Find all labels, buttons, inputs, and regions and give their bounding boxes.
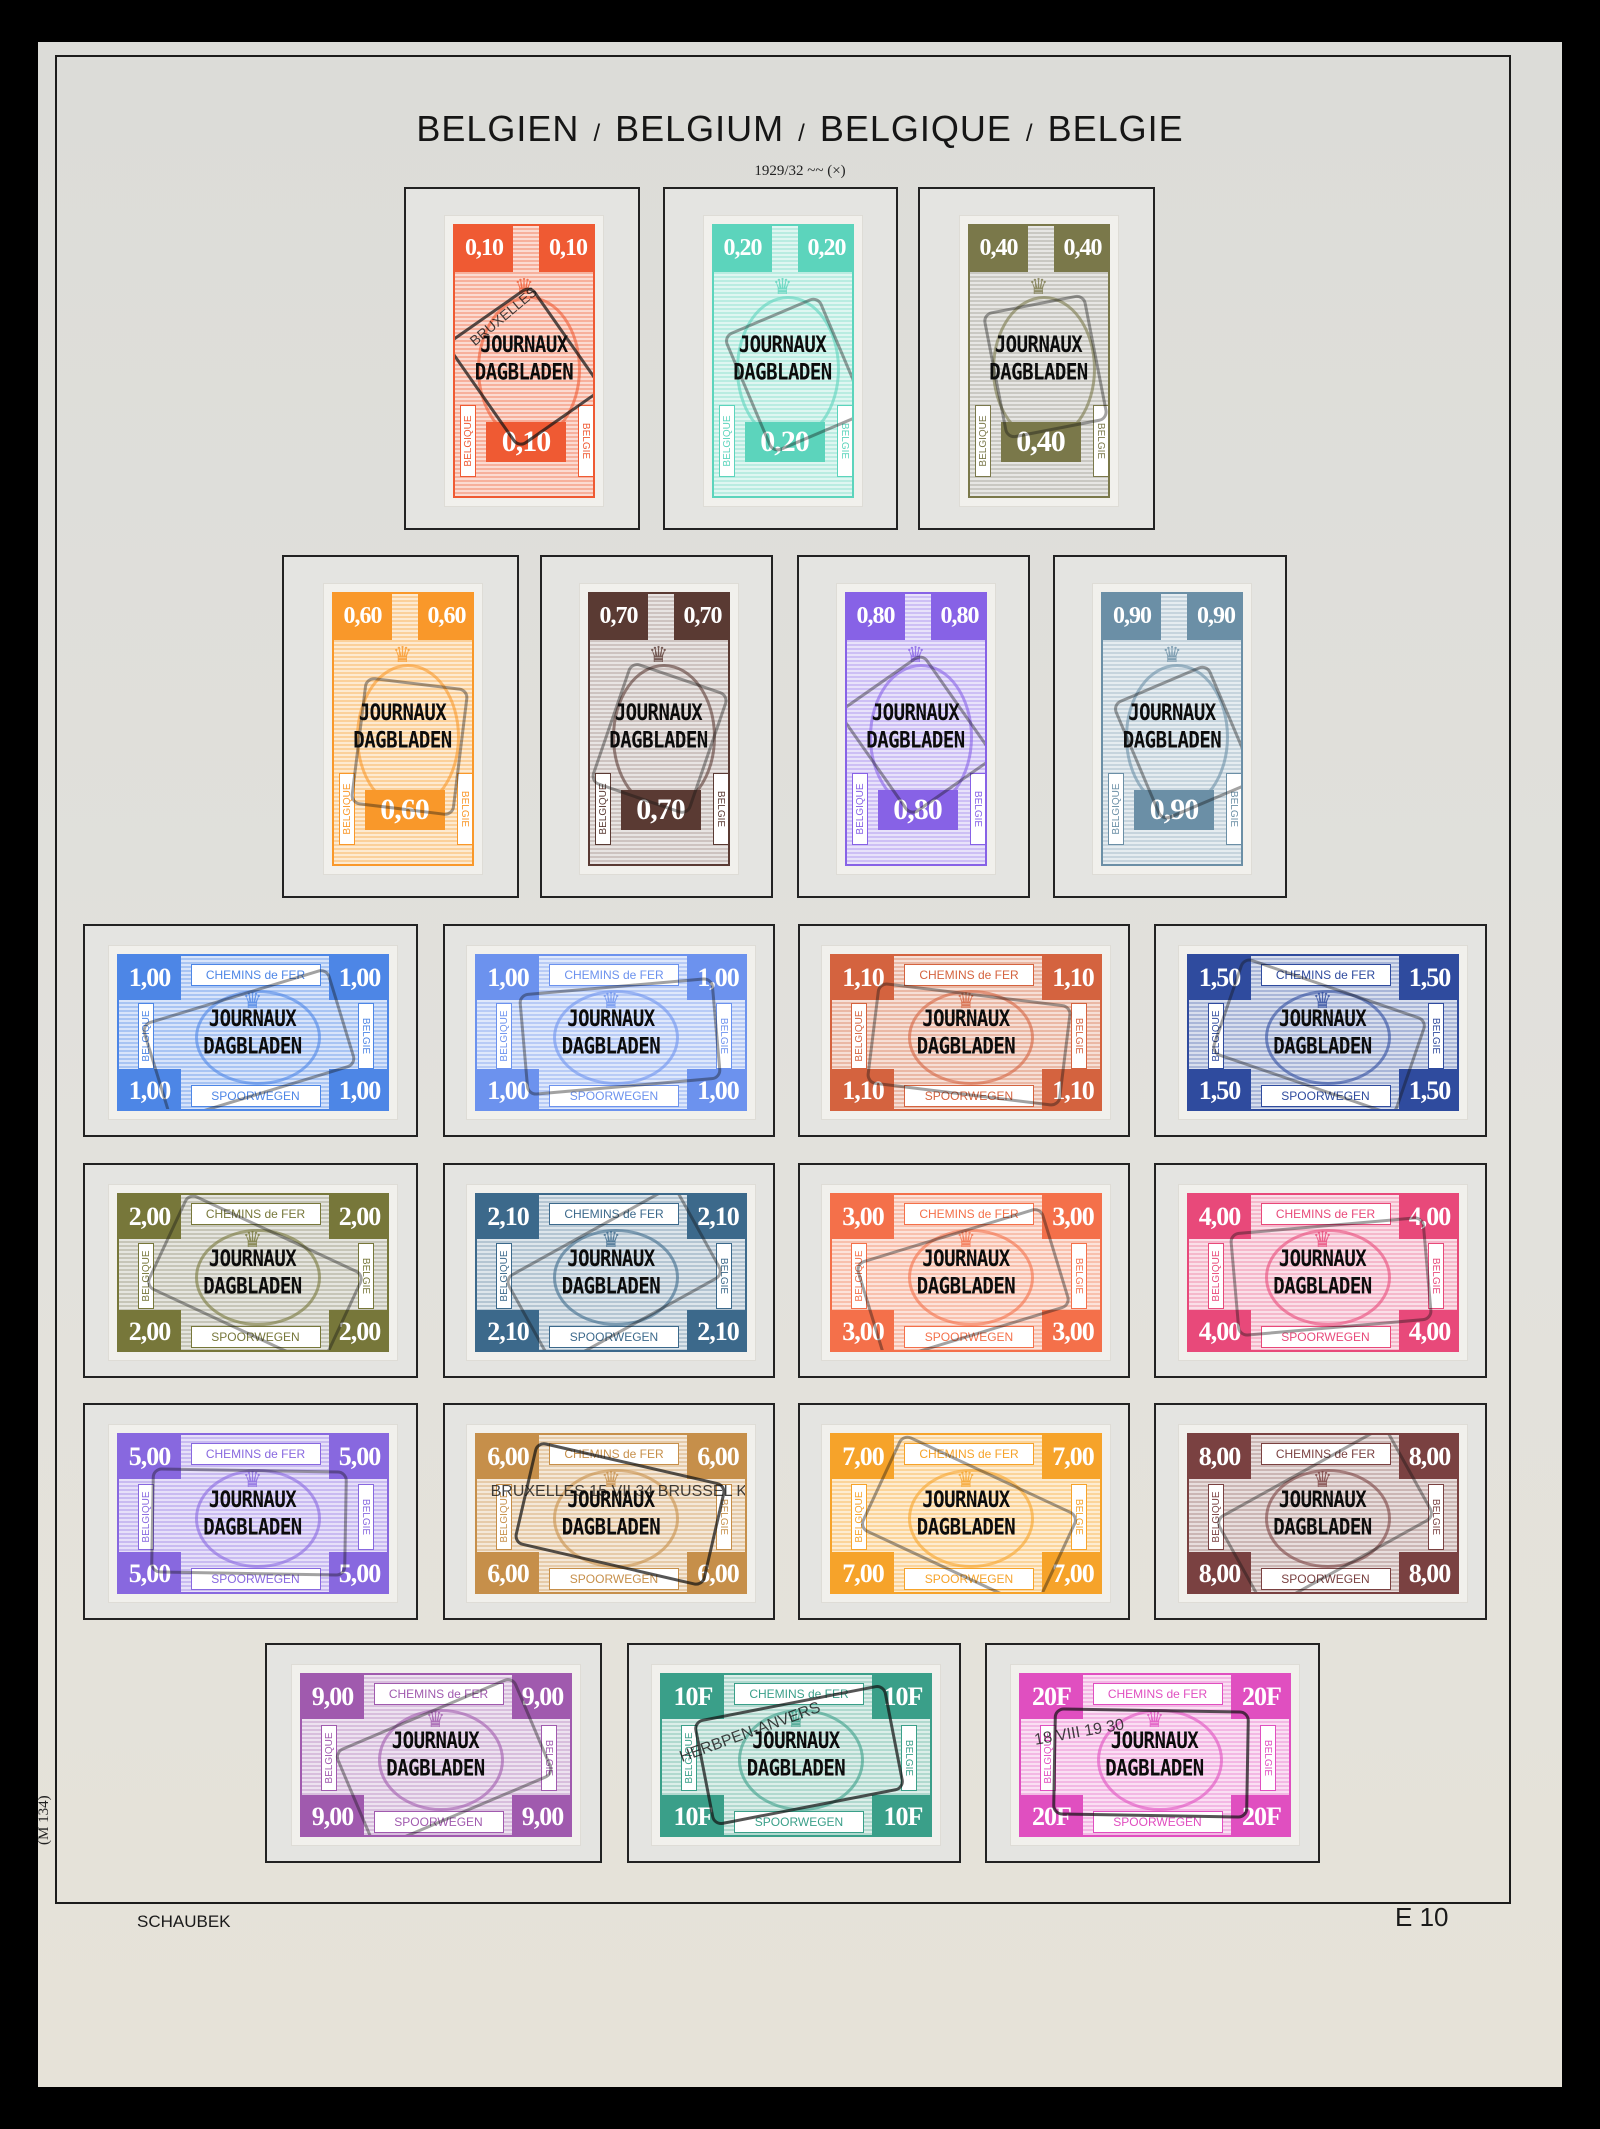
stamp-mount[interactable]: 0,800,80♛0,80BELGIQUEBELGIEJOURNAUXDAGBL… [797, 555, 1030, 898]
stamp-paper: 1,501,501,501,50CHEMINS de FERSPOORWEGEN… [1179, 946, 1467, 1119]
stamp-mount[interactable]: 2,102,102,102,10CHEMINS de FERSPOORWEGEN… [443, 1163, 775, 1378]
right-label-belgie: BELGIE [837, 405, 853, 477]
overprint-text: JOURNAUXDAGBLADEN [590, 699, 728, 754]
railway-stamp[interactable]: 0,200,20♛0,20BELGIQUEBELGIEJOURNAUXDAGBL… [712, 224, 854, 498]
side-note: (M 134) [36, 1795, 53, 1845]
stamp-mount[interactable]: 4,004,004,004,00CHEMINS de FERSPOORWEGEN… [1154, 1163, 1487, 1378]
overprint-text: JOURNAUXDAGBLADEN [455, 331, 593, 386]
page-number: E 10 [1395, 1902, 1449, 1933]
railway-stamp[interactable]: 0,700,70♛0,70BELGIQUEBELGIEJOURNAUXDAGBL… [588, 592, 730, 866]
bottom-banner: SPOORWEGEN [904, 1085, 1034, 1107]
left-label-belgique: BELGIQUE [339, 773, 355, 845]
stamp-mount[interactable]: 10F10F10F10FCHEMINS de FERSPOORWEGENBELG… [627, 1643, 961, 1863]
left-label-belgique: BELGIQUE [975, 405, 991, 477]
stamp-value: 0,60 [334, 594, 392, 640]
page-title: BELGIEN/BELGIUM/BELGIQUE/BELGIE [0, 108, 1600, 150]
railway-stamp[interactable]: 3,003,003,003,00CHEMINS de FERSPOORWEGEN… [830, 1193, 1102, 1352]
top-banner: CHEMINS de FER [1261, 1443, 1391, 1465]
top-banner: CHEMINS de FER [374, 1683, 504, 1705]
bottom-banner: SPOORWEGEN [191, 1568, 321, 1590]
right-label-belgie: BELGIE [578, 405, 594, 477]
overprint-text: JOURNAUXDAGBLADEN [847, 699, 985, 754]
stamp-mount[interactable]: 1,501,501,501,50CHEMINS de FERSPOORWEGEN… [1154, 924, 1487, 1137]
overprint-text: JOURNAUXDAGBLADEN [477, 1486, 745, 1541]
railway-stamp[interactable]: 9,009,009,009,00CHEMINS de FERSPOORWEGEN… [300, 1673, 572, 1837]
stamp-paper: 1,001,001,001,00CHEMINS de FERSPOORWEGEN… [109, 946, 397, 1119]
stamp-mount[interactable]: 6,006,006,006,00CHEMINS de FERSPOORWEGEN… [443, 1403, 775, 1620]
top-banner: CHEMINS de FER [1261, 964, 1391, 986]
top-banner: CHEMINS de FER [1093, 1683, 1223, 1705]
stamp-value: 0,10 [539, 226, 595, 272]
bottom-banner: SPOORWEGEN [1093, 1811, 1223, 1833]
stamp-value: 1,10 [1042, 1069, 1102, 1111]
railway-stamp[interactable]: 0,600,60♛0,60BELGIQUEBELGIEJOURNAUXDAGBL… [332, 592, 474, 866]
railway-stamp[interactable]: 7,007,007,007,00CHEMINS de FERSPOORWEGEN… [830, 1433, 1102, 1594]
overprint-text: JOURNAUXDAGBLADEN [832, 1245, 1100, 1300]
publisher-name: SCHAUBEK [137, 1912, 231, 1932]
bottom-banner: SPOORWEGEN [374, 1811, 504, 1833]
stamp-paper: 5,005,005,005,00CHEMINS de FERSPOORWEGEN… [109, 1425, 397, 1602]
left-label-belgique: BELGIQUE [719, 405, 735, 477]
railway-stamp[interactable]: 1,101,101,101,10CHEMINS de FERSPOORWEGEN… [830, 954, 1102, 1111]
railway-stamp[interactable]: 0,400,40♛0,40BELGIQUEBELGIEJOURNAUXDAGBL… [968, 224, 1110, 498]
stamp-value: 1,50 [1189, 1069, 1251, 1111]
stamp-value: 7,00 [832, 1552, 894, 1594]
stamp-value: 9,00 [512, 1795, 572, 1837]
stamp-value: 9,00 [302, 1795, 364, 1837]
right-label-belgie: BELGIE [1093, 405, 1109, 477]
bottom-banner: SPOORWEGEN [549, 1085, 679, 1107]
stamp-value: 4,00 [1399, 1310, 1459, 1352]
left-label-belgique: BELGIQUE [595, 773, 611, 845]
left-label-belgique: BELGIQUE [460, 405, 476, 477]
railway-stamp[interactable]: 5,005,005,005,00CHEMINS de FERSPOORWEGEN… [117, 1433, 389, 1594]
stamp-mount[interactable]: 8,008,008,008,00CHEMINS de FERSPOORWEGEN… [1154, 1403, 1487, 1620]
overprint-text: JOURNAUXDAGBLADEN [119, 1486, 387, 1541]
stamp-value: 0,80 [931, 594, 987, 640]
stamp-paper: 0,700,70♛0,70BELGIQUEBELGIEJOURNAUXDAGBL… [580, 584, 738, 874]
stamp-mount[interactable]: 0,200,20♛0,20BELGIQUEBELGIEJOURNAUXDAGBL… [663, 187, 898, 530]
stamp-value: 7,00 [1042, 1552, 1102, 1594]
overprint-text: JOURNAUXDAGBLADEN [477, 1005, 745, 1060]
overprint-text: JOURNAUXDAGBLADEN [714, 331, 852, 386]
top-banner: CHEMINS de FER [904, 964, 1034, 986]
top-banner: CHEMINS de FER [904, 1203, 1034, 1225]
stamp-value: 2,10 [477, 1310, 539, 1352]
stamp-value: 0,40 [970, 226, 1028, 272]
stamp-paper: 2,102,102,102,10CHEMINS de FERSPOORWEGEN… [467, 1185, 755, 1360]
bottom-banner: SPOORWEGEN [734, 1811, 864, 1833]
stamp-value: 2,00 [119, 1310, 181, 1352]
stamp-mount[interactable]: 0,100,10♛0,10BELGIQUEBELGIEJOURNAUXDAGBL… [404, 187, 640, 530]
crown-emblem-icon: ♛ [847, 642, 985, 668]
railway-stamp[interactable]: 1,501,501,501,50CHEMINS de FERSPOORWEGEN… [1187, 954, 1459, 1111]
top-banner: CHEMINS de FER [1261, 1203, 1391, 1225]
bottom-banner: SPOORWEGEN [549, 1568, 679, 1590]
stamp-paper: 1,101,101,101,10CHEMINS de FERSPOORWEGEN… [822, 946, 1110, 1119]
stamp-paper: 0,200,20♛0,20BELGIQUEBELGIEJOURNAUXDAGBL… [704, 216, 862, 506]
bottom-banner: SPOORWEGEN [549, 1326, 679, 1348]
stamp-value: 0,60 [418, 594, 474, 640]
railway-stamp[interactable]: 1,001,001,001,00CHEMINS de FERSPOORWEGEN… [117, 954, 389, 1111]
railway-stamp[interactable]: 20F20F20F20FCHEMINS de FERSPOORWEGENBELG… [1019, 1673, 1291, 1837]
stamp-value: 0,40 [1001, 422, 1081, 462]
crown-emblem-icon: ♛ [455, 274, 593, 300]
stamp-mount[interactable]: 2,002,002,002,00CHEMINS de FERSPOORWEGEN… [83, 1163, 418, 1378]
bottom-banner: SPOORWEGEN [1261, 1326, 1391, 1348]
stamp-paper: 0,600,60♛0,60BELGIQUEBELGIEJOURNAUXDAGBL… [324, 584, 482, 874]
stamp-paper: 0,400,40♛0,40BELGIQUEBELGIEJOURNAUXDAGBL… [960, 216, 1118, 506]
top-banner: CHEMINS de FER [904, 1443, 1034, 1465]
stamp-value: 6,00 [687, 1552, 747, 1594]
railway-stamp[interactable]: 10F10F10F10FCHEMINS de FERSPOORWEGENBELG… [660, 1673, 932, 1837]
stamp-value: 4,00 [1189, 1310, 1251, 1352]
stamp-value: 8,00 [1189, 1552, 1251, 1594]
right-label-belgie: BELGIE [970, 773, 986, 845]
issue-years: 1929/32 ~~ (×) [0, 163, 1600, 180]
right-label-belgie: BELGIE [1226, 773, 1242, 845]
stamp-value: 0,60 [365, 790, 445, 830]
stamp-value: 0,20 [798, 226, 854, 272]
railway-stamp[interactable]: 2,002,002,002,00CHEMINS de FERSPOORWEGEN… [117, 1193, 389, 1352]
title-separator: / [1026, 120, 1034, 147]
railway-stamp[interactable]: 0,100,10♛0,10BELGIQUEBELGIEJOURNAUXDAGBL… [453, 224, 595, 498]
stamp-value: 1,50 [1399, 1069, 1459, 1111]
bottom-banner: SPOORWEGEN [904, 1568, 1034, 1590]
title-de: BELGIEN [416, 108, 579, 149]
stamp-value: 0,70 [621, 790, 701, 830]
bottom-banner: SPOORWEGEN [191, 1085, 321, 1107]
overprint-text: JOURNAUXDAGBLADEN [1189, 1005, 1457, 1060]
stamp-value: 0,70 [674, 594, 730, 640]
bottom-banner: SPOORWEGEN [904, 1326, 1034, 1348]
overprint-text: JOURNAUXDAGBLADEN [832, 1005, 1100, 1060]
stamp-paper: 7,007,007,007,00CHEMINS de FERSPOORWEGEN… [822, 1425, 1110, 1602]
railway-stamp[interactable]: 1,001,001,001,00CHEMINS de FERSPOORWEGEN… [475, 954, 747, 1111]
stamp-paper: 3,003,003,003,00CHEMINS de FERSPOORWEGEN… [822, 1185, 1110, 1360]
overprint-text: JOURNAUXDAGBLADEN [302, 1727, 570, 1782]
top-banner: CHEMINS de FER [734, 1683, 864, 1705]
title-fr: BELGIQUE [820, 108, 1012, 149]
bottom-banner: SPOORWEGEN [1261, 1568, 1391, 1590]
crown-emblem-icon: ♛ [714, 274, 852, 300]
stamp-value: 0,90 [1187, 594, 1243, 640]
stamp-value: 1,00 [119, 1069, 181, 1111]
crown-emblem-icon: ♛ [1103, 642, 1241, 668]
stamp-value: 0,90 [1134, 790, 1214, 830]
stamp-paper: 0,800,80♛0,80BELGIQUEBELGIEJOURNAUXDAGBL… [837, 584, 995, 874]
top-banner: CHEMINS de FER [549, 1203, 679, 1225]
stamp-mount[interactable]: 20F20F20F20FCHEMINS de FERSPOORWEGENBELG… [985, 1643, 1320, 1863]
overprint-text: JOURNAUXDAGBLADEN [1189, 1245, 1457, 1300]
stamp-value: 0,90 [1103, 594, 1161, 640]
overprint-text: JOURNAUXDAGBLADEN [1103, 699, 1241, 754]
title-separator: / [593, 120, 601, 147]
stamp-value: 20F [1231, 1795, 1291, 1837]
top-banner: CHEMINS de FER [191, 964, 321, 986]
stamp-value: 10F [662, 1795, 724, 1837]
stamp-value: 1,00 [329, 1069, 389, 1111]
stamp-mount[interactable]: 3,003,003,003,00CHEMINS de FERSPOORWEGEN… [798, 1163, 1130, 1378]
stamp-value: 5,00 [119, 1552, 181, 1594]
stamp-value: 8,00 [1399, 1552, 1459, 1594]
stamp-mount[interactable]: 0,700,70♛0,70BELGIQUEBELGIEJOURNAUXDAGBL… [540, 555, 773, 898]
overprint-text: JOURNAUXDAGBLADEN [477, 1245, 745, 1300]
stamp-value: 1,00 [687, 1069, 747, 1111]
stamp-mount[interactable]: 0,900,90♛0,90BELGIQUEBELGIEJOURNAUXDAGBL… [1053, 555, 1287, 898]
stamp-mount[interactable]: 1,101,101,101,10CHEMINS de FERSPOORWEGEN… [798, 924, 1130, 1137]
stamp-mount[interactable]: 1,001,001,001,00CHEMINS de FERSPOORWEGEN… [83, 924, 418, 1137]
railway-stamp[interactable]: 0,900,90♛0,90BELGIQUEBELGIEJOURNAUXDAGBL… [1101, 592, 1243, 866]
overprint-text: JOURNAUXDAGBLADEN [662, 1727, 930, 1782]
bottom-banner: SPOORWEGEN [191, 1326, 321, 1348]
stamp-paper: 9,009,009,009,00CHEMINS de FERSPOORWEGEN… [292, 1665, 580, 1845]
stamp-value: 5,00 [329, 1552, 389, 1594]
stamp-paper: 6,006,006,006,00CHEMINS de FERSPOORWEGEN… [467, 1425, 755, 1602]
title-nl: BELGIE [1048, 108, 1184, 149]
stamp-mount[interactable]: 0,600,60♛0,60BELGIQUEBELGIEJOURNAUXDAGBL… [282, 555, 519, 898]
stamp-value: 6,00 [477, 1552, 539, 1594]
stamp-paper: 8,008,008,008,00CHEMINS de FERSPOORWEGEN… [1179, 1425, 1467, 1602]
stamp-value: 1,00 [477, 1069, 539, 1111]
overprint-text: JOURNAUXDAGBLADEN [1189, 1486, 1457, 1541]
stamp-value: 3,00 [1042, 1310, 1102, 1352]
stamp-paper: 0,900,90♛0,90BELGIQUEBELGIEJOURNAUXDAGBL… [1093, 584, 1251, 874]
stamp-value: 0,80 [878, 790, 958, 830]
stamp-paper: 1,001,001,001,00CHEMINS de FERSPOORWEGEN… [467, 946, 755, 1119]
stamp-mount[interactable]: 5,005,005,005,00CHEMINS de FERSPOORWEGEN… [83, 1403, 418, 1620]
crown-emblem-icon: ♛ [970, 274, 1108, 300]
stamp-value: 10F [872, 1795, 932, 1837]
overprint-text: JOURNAUXDAGBLADEN [970, 331, 1108, 386]
railway-stamp[interactable]: 2,102,102,102,10CHEMINS de FERSPOORWEGEN… [475, 1193, 747, 1352]
stamp-mount[interactable]: 7,007,007,007,00CHEMINS de FERSPOORWEGEN… [798, 1403, 1130, 1620]
top-banner: CHEMINS de FER [549, 964, 679, 986]
stamp-value: 2,00 [329, 1310, 389, 1352]
stamp-value: 0,40 [1054, 226, 1110, 272]
stamp-paper: 20F20F20F20FCHEMINS de FERSPOORWEGENBELG… [1011, 1665, 1299, 1845]
stamp-paper: 2,002,002,002,00CHEMINS de FERSPOORWEGEN… [109, 1185, 397, 1360]
title-separator: / [798, 120, 806, 147]
overprint-text: JOURNAUXDAGBLADEN [119, 1005, 387, 1060]
stamp-value: 3,00 [832, 1310, 894, 1352]
overprint-text: JOURNAUXDAGBLADEN [832, 1486, 1100, 1541]
stamp-paper: 0,100,10♛0,10BELGIQUEBELGIEJOURNAUXDAGBL… [445, 216, 603, 506]
stamp-paper: 10F10F10F10FCHEMINS de FERSPOORWEGENBELG… [652, 1665, 940, 1845]
top-banner: CHEMINS de FER [191, 1443, 321, 1465]
title-en: BELGIUM [615, 108, 784, 149]
stamp-value: 20F [1021, 1795, 1083, 1837]
overprint-text: JOURNAUXDAGBLADEN [119, 1245, 387, 1300]
stamp-value: 0,10 [455, 226, 513, 272]
right-label-belgie: BELGIE [713, 773, 729, 845]
stamp-value: 0,70 [590, 594, 648, 640]
stamp-mount[interactable]: 0,400,40♛0,40BELGIQUEBELGIEJOURNAUXDAGBL… [918, 187, 1155, 530]
stamp-value: 0,80 [847, 594, 905, 640]
stamp-paper: 4,004,004,004,00CHEMINS de FERSPOORWEGEN… [1179, 1185, 1467, 1360]
top-banner: CHEMINS de FER [191, 1203, 321, 1225]
right-label-belgie: BELGIE [457, 773, 473, 845]
left-label-belgique: BELGIQUE [852, 773, 868, 845]
overprint-text: JOURNAUXDAGBLADEN [334, 699, 472, 754]
railway-stamp[interactable]: 6,006,006,006,00CHEMINS de FERSPOORWEGEN… [475, 1433, 747, 1594]
bottom-banner: SPOORWEGEN [1261, 1085, 1391, 1107]
stamp-mount[interactable]: 1,001,001,001,00CHEMINS de FERSPOORWEGEN… [443, 924, 775, 1137]
stamp-value: 0,20 [745, 422, 825, 462]
crown-emblem-icon: ♛ [590, 642, 728, 668]
stamp-value: 0,10 [486, 422, 566, 462]
railway-stamp[interactable]: 8,008,008,008,00CHEMINS de FERSPOORWEGEN… [1187, 1433, 1459, 1594]
left-label-belgique: BELGIQUE [1108, 773, 1124, 845]
top-banner: CHEMINS de FER [549, 1443, 679, 1465]
overprint-text: JOURNAUXDAGBLADEN [1021, 1727, 1289, 1782]
crown-emblem-icon: ♛ [334, 642, 472, 668]
railway-stamp[interactable]: 4,004,004,004,00CHEMINS de FERSPOORWEGEN… [1187, 1193, 1459, 1352]
stamp-value: 0,20 [714, 226, 772, 272]
railway-stamp[interactable]: 0,800,80♛0,80BELGIQUEBELGIEJOURNAUXDAGBL… [845, 592, 987, 866]
stamp-value: 1,10 [832, 1069, 894, 1111]
stamp-mount[interactable]: 9,009,009,009,00CHEMINS de FERSPOORWEGEN… [265, 1643, 602, 1863]
stamp-value: 2,10 [687, 1310, 747, 1352]
